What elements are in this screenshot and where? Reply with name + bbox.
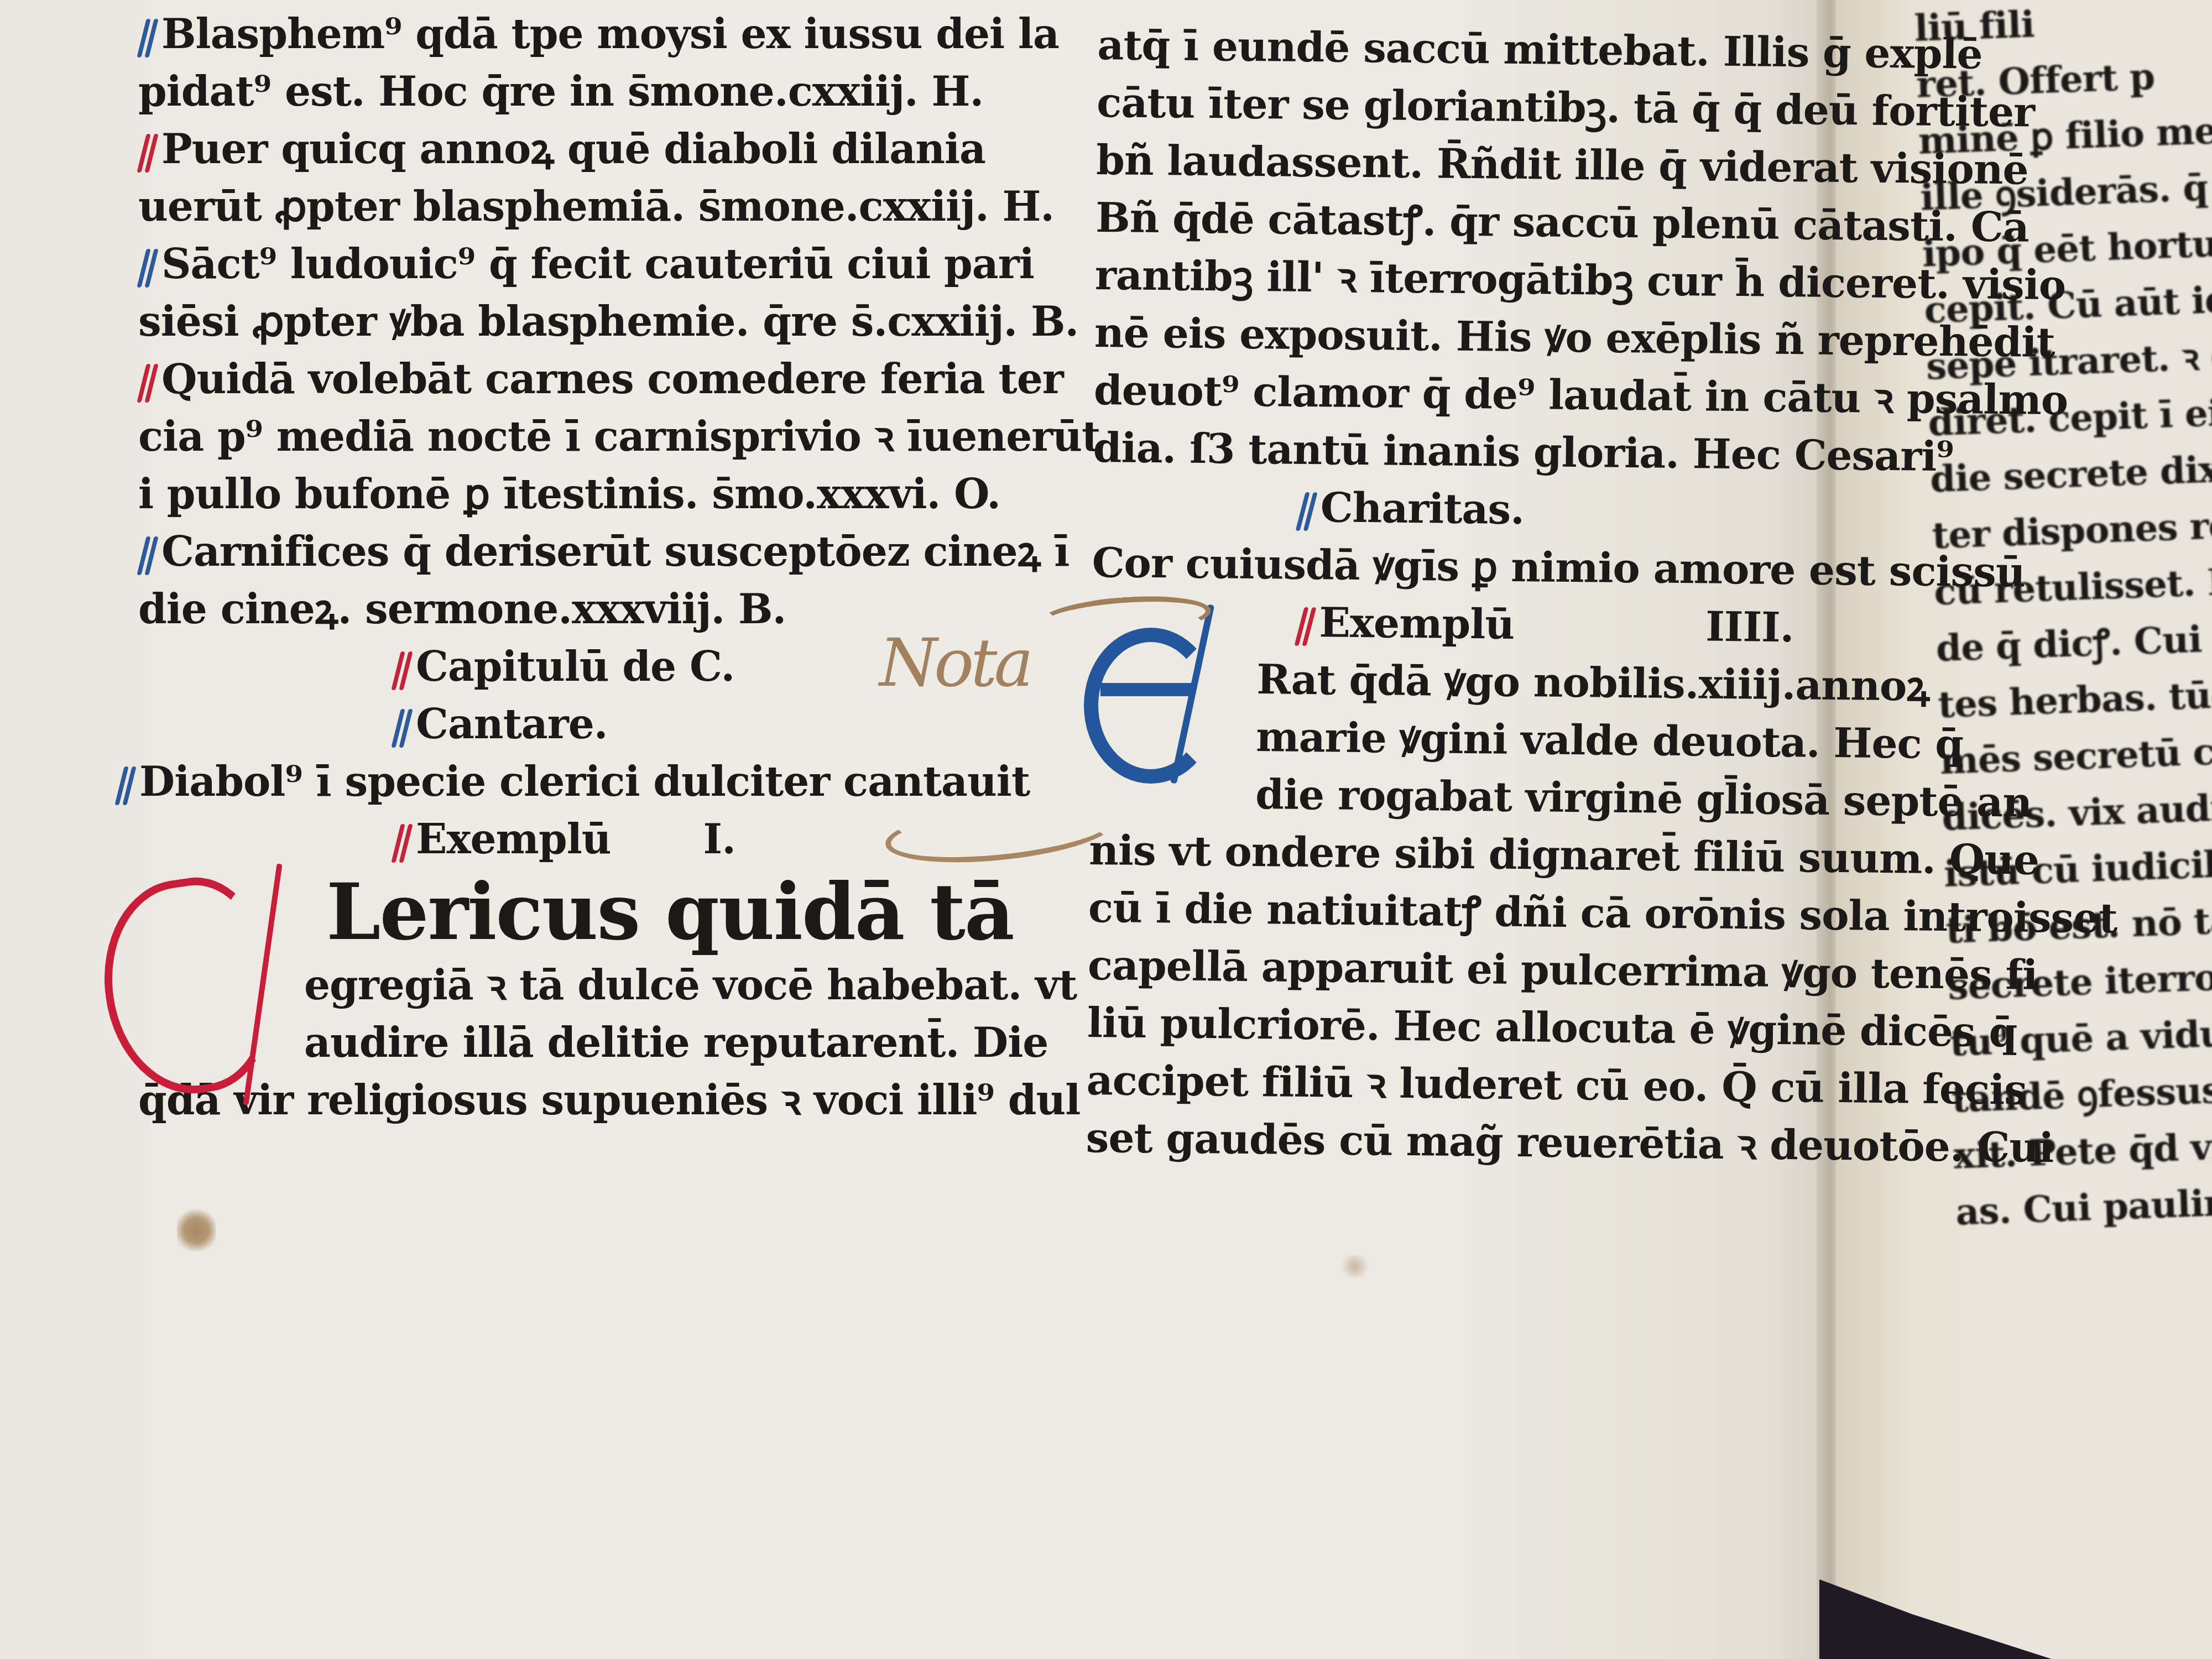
- text-line: Cor cuiusdā ꝟgīs ꝑ nimio amore est sciss…: [1092, 534, 1811, 599]
- text-line: tes herbas. tūc: [1937, 665, 2212, 733]
- chapter-heading: Capitulū de C.: [138, 638, 990, 696]
- text-line: nē eis exposuit. His ꝟo exēplis ñ repreh…: [1094, 304, 1813, 369]
- text-line: nis vt ondere sibi dignaret̄ filiū suum.…: [1089, 822, 1808, 887]
- handwritten-nota-annotation: Nota: [879, 625, 1030, 702]
- text-line: capellā apparuit ei pulcerrima ꝟgo tenēs…: [1087, 937, 1807, 1002]
- text-line: cia p⁹ mediā noctē ī carnisprivio ꝛ īuen…: [138, 408, 990, 466]
- text-line: dicēs. vix audis: [1941, 778, 2212, 846]
- text-line: Sāct⁹ ludouic⁹ q̄ fecit cauteriū ciui pa…: [138, 236, 990, 293]
- text-line: accipet filiū ꝛ luderet cū eo. Q̄ cū ill…: [1086, 1052, 1806, 1117]
- text-line: mēs secretū co: [1939, 721, 2212, 789]
- text-line: Blasphem⁹ qdā tpe moysi ex iussu dei la: [138, 6, 990, 63]
- middle-text-column: atq̄ ī eundē saccū mittebat. Illis ḡ exp…: [1086, 17, 1817, 1174]
- text-line: q̄dā vir religiosus supueniēs ꝛ voci ill…: [138, 1072, 990, 1129]
- text-line: tu⁹ quē a vidua: [1949, 1003, 2212, 1071]
- red-paragraph-mark-icon: [138, 132, 158, 174]
- text-line: tandē ꝯfessus ē: [1951, 1060, 2212, 1128]
- text-line: bñ laudassent. R̄ñdit ille q̄ viderat vi…: [1096, 132, 1815, 197]
- exemplum-heading: ExemplūI.: [138, 811, 990, 868]
- blue-paragraph-mark-icon: [138, 17, 158, 59]
- text-line: diret. cepit ī ei⁹: [1927, 383, 2212, 451]
- text-line: deuot⁹ clamor q̄ de⁹ laudat̄ in cātu ꝛ p…: [1093, 362, 1813, 427]
- text-line: Quidā volebāt carnes comedere feria ter: [138, 351, 990, 408]
- blue-initial-crossbar: [1100, 683, 1194, 696]
- text-line: cū retulisset. R: [1933, 552, 2212, 620]
- blue-paragraph-mark-icon: [138, 534, 158, 576]
- blue-paragraph-mark-icon: [1297, 489, 1317, 531]
- text-line: cepit. Cū aūt idē: [1923, 270, 2212, 338]
- text-line: die rogabat virginē gl̄iosā septē an: [1089, 764, 1809, 830]
- topic-heading: Cantare.: [138, 696, 990, 753]
- text-line: i pullo bufonē ꝑ ītestinis. s̄mo.xxxvi. …: [138, 466, 990, 523]
- text-line: Puer quicq annoꝝ quē diaboli dilania: [138, 121, 990, 178]
- text-line: secrete iterrogat: [1947, 947, 2212, 1015]
- text-line: atq̄ ī eundē saccū mittebat. Illis ḡ exp…: [1097, 17, 1817, 82]
- text-line: minē ꝑ filio meo: [1917, 101, 2212, 169]
- text-line: siēsi ꝓpter ꝟba blasphemie. q̄re s̄.cxxi…: [138, 293, 990, 351]
- text-line: dia. ſ3 tantū inanis gloria. Hec Cesari⁹: [1093, 419, 1812, 484]
- text-line: uerūt ꝓpter blasphemiā. s̄mone.cxxiij. H…: [138, 178, 990, 236]
- text-line: ille ꝯsiderās. q̄ fui: [1919, 158, 2212, 226]
- text-line: die cineꝝ. sermone.xxxviij. B.: [138, 581, 990, 638]
- ink-stain: [177, 1206, 216, 1255]
- text-line: as. Cui paulin⁹: [1955, 1172, 2212, 1240]
- text-line: cū ī die natiuitatꝭ dñi cā orōnis sola i…: [1088, 879, 1808, 945]
- red-paragraph-mark-icon: [138, 362, 158, 404]
- right-page-text-column: liū fili ret. Offert p minē ꝑ filio meo …: [1913, 0, 2212, 1240]
- blue-paragraph-mark-icon: [116, 764, 136, 806]
- text-line: Carnifices q̄ deriserūt susceptōez cineꝝ…: [138, 523, 990, 581]
- text-line: ipo q̄ eēt hortul: [1921, 214, 2212, 282]
- text-line: set gaudēs cū mag̃ reuerētia ꝛ deuotōe. …: [1086, 1109, 1805, 1175]
- text-line: ti bō est. nō talis: [1945, 890, 2212, 958]
- text-line: Diabol⁹ ī specie clerici dulciter cantau…: [116, 753, 990, 811]
- text-line: ret. Offert p: [1916, 45, 2212, 113]
- text-line: pidat⁹ est. Hoc q̄re in s̄mone.cxxiij. H…: [138, 63, 990, 121]
- exemplum-number: I.: [703, 811, 735, 868]
- text-line: liū pulcriorē. Hec allocuta ē ꝟginē dicē…: [1087, 994, 1806, 1060]
- text-line: istū cū iudicibꝫ: [1943, 834, 2212, 902]
- blue-paragraph-mark-icon: [393, 707, 413, 749]
- text-line: sepe itraret. ꝛ ꝯfe: [1925, 327, 2212, 395]
- red-paragraph-mark-icon: [393, 649, 413, 691]
- text-line: ter dispones re: [1931, 496, 2212, 564]
- text-line: cātu īter se gloriantibꝫ. tā q̄ q̄ deū f…: [1097, 74, 1816, 139]
- exemplum-number: IIII.: [1705, 598, 1794, 657]
- text-line: die secrete dixit: [1929, 440, 2212, 508]
- text-line: xit. Pete q̄d vis: [1953, 1116, 2212, 1184]
- topic-heading: Charitas.: [1092, 477, 1812, 542]
- blue-paragraph-mark-icon: [138, 247, 158, 289]
- paper-blemish: [1338, 1255, 1371, 1277]
- text-line: de q̄ dicꝭ. Cui ge: [1935, 608, 2212, 676]
- text-line: Bñ q̄dē cātastꝭ. q̄r saccū plenū cātasti…: [1095, 189, 1815, 254]
- red-paragraph-mark-icon: [393, 822, 413, 864]
- text-line: rantibꝫ ill' ꝛ īterrogātibꝫ cur h̄ dicer…: [1095, 247, 1814, 312]
- red-paragraph-mark-icon: [1296, 604, 1316, 646]
